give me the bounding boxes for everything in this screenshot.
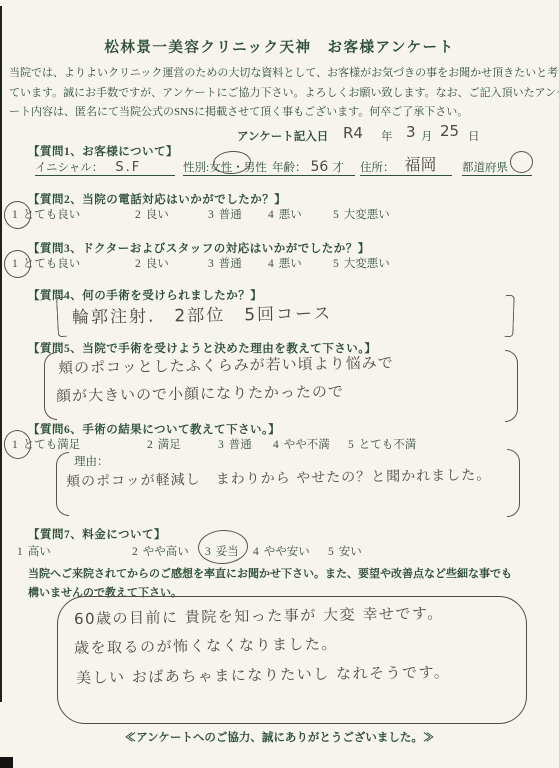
q6-option-5-label: とても不満 [359, 439, 417, 451]
q6-option-5: 5とても不満 [348, 436, 416, 452]
q2-option-1-label: とても良い [23, 209, 81, 221]
pen-circle-prefecture [510, 151, 533, 173]
q2-option-4-num: 4 [268, 209, 274, 221]
q3-option-3-label: 普通 [219, 258, 242, 270]
pen-circle-q7-answer [197, 529, 249, 566]
q2-option-2-label: 良い [146, 209, 169, 221]
q2-header: 【質問2、当院の電話対応はいかがでしたか？】 [28, 191, 286, 207]
q3-option-5-label: 大変悪い [344, 258, 390, 270]
q1-age-label: 年齢： [272, 159, 307, 175]
q6-reason-paren-right [507, 449, 520, 517]
q3-option-3-num: 3 [208, 258, 214, 270]
scan-corner-artifact [0, 757, 13, 768]
q1-initial-field: イニシャル： S.F [35, 155, 175, 176]
q7-option-1: 1高い [17, 543, 51, 559]
date-year-unit: 年 [381, 128, 393, 144]
q1-gender-label: 性別: [183, 159, 209, 175]
q1-address-field: 住所： 福岡 [360, 155, 452, 176]
q6-option-5-num: 5 [348, 439, 354, 451]
q2-option-3-num: 3 [208, 209, 214, 221]
q6-options-row: 1とても満足 2満足 3普通 4やや不満 5とても不満 [0, 436, 559, 452]
q3-header: 【質問3、ドクターおよびスタッフの対応はいかがでしたか？】 [28, 240, 370, 256]
q6-header: 【質問6、手術の結果について教えて下さい。】 [28, 421, 280, 437]
q6-option-3-label: 普通 [229, 439, 252, 451]
q2-options-row: 1とても良い 2良い 3普通 4悪い 5大変悪い [0, 206, 559, 222]
q7-option-4: 4やや安い [253, 543, 310, 559]
date-label: アンケート記入日 [237, 128, 328, 144]
q6-option-3-num: 3 [218, 439, 224, 451]
q7-option-2: 2やや高い [132, 543, 189, 559]
q1-initial-label: イニシャル： [35, 159, 103, 175]
q7-option-5-label: 安い [339, 546, 362, 558]
q2-option-4: 4悪い [268, 206, 302, 222]
q2-option-5: 5大変悪い [333, 206, 390, 222]
date-day-unit: 日 [468, 128, 480, 144]
comments-answer-line: 歳を取るのが怖くなくなりました。 [74, 633, 338, 658]
q3-option-4: 4悪い [268, 255, 302, 271]
q6-option-2-num: 2 [147, 439, 153, 451]
q6-reason-label: 理由： [74, 453, 109, 469]
intro-line: ています。誠にお手数ですが、アンケートにご協力下さい。よろしくお願い致します。な… [9, 84, 559, 104]
q7-option-5-num: 5 [328, 546, 334, 558]
date-day-value: 25 [440, 122, 459, 140]
date-year-value: R4 [343, 124, 363, 142]
q3-option-2-num: 2 [135, 258, 141, 270]
q5-answer-line: 頬のポコッとしたふくらみが若い頃より悩みで [58, 352, 394, 378]
q6-option-4-num: 4 [273, 439, 279, 451]
q2-option-3: 3普通 [208, 206, 242, 222]
q7-option-2-label: やや高い [143, 546, 189, 558]
q1-initial-value: S.F [115, 160, 141, 175]
q7-option-2-num: 2 [132, 546, 138, 558]
q6-reason-value: 頬のポコッが軽減し まわりから やせたの？と聞かれました。 [66, 464, 491, 491]
q1-address-value: 福岡 [405, 152, 437, 175]
q3-option-2: 2良い [135, 255, 169, 271]
q6-option-2: 2満足 [147, 436, 181, 452]
date-month-unit: 月 [421, 128, 433, 144]
q6-option-4-label: やや不満 [284, 439, 330, 451]
q2-option-2: 2良い [135, 206, 169, 222]
page-title: 松林景一美容クリニック天神 お客様アンケート [0, 36, 559, 57]
q7-option-4-num: 4 [253, 546, 259, 558]
q7-options-row: 1高い 2やや高い 3妥当 4やや安い 5安い [0, 543, 559, 559]
q2-option-2-num: 2 [135, 209, 141, 221]
q1-address-label: 住所： [360, 159, 395, 175]
q4-answer-value: 輪郭注射. 2部位 5回コース [72, 299, 333, 328]
intro-paragraph: 当院では、よりよいクリニック運営のための大切な資料として、お客様がお気づきの事を… [9, 64, 559, 123]
q6-option-4: 4やや不満 [273, 436, 330, 452]
q2-option-3-label: 普通 [219, 209, 242, 221]
footer-thanks: ≪アンケートへのご協力、誠にありがとうございました。≫ [0, 729, 559, 745]
q6-option-1-label: とても満足 [23, 439, 81, 451]
date-month-value: 3 [406, 123, 416, 141]
q7-option-5: 5安い [328, 543, 362, 559]
q1-pref-circled-char: 県 [497, 159, 509, 175]
q1-pref-prefix: 都道府 [462, 159, 497, 175]
q2-option-4-label: 悪い [279, 209, 302, 221]
q3-option-3: 3普通 [208, 255, 242, 271]
q7-header: 【質問7、料金について】 [28, 526, 166, 542]
q7-option-1-num: 1 [17, 546, 23, 558]
intro-line: ート内容は、匿名にて当院公式のSNSに掲載させて頂く事もございます。何卒ご了承下… [9, 103, 559, 123]
q2-option-5-num: 5 [333, 209, 339, 221]
q6-option-2-label: 満足 [158, 439, 181, 451]
q3-option-4-label: 悪い [279, 258, 302, 270]
q3-option-5: 5大変悪い [333, 255, 390, 271]
q3-options-row: 1とても良い 2良い 3普通 4悪い 5大変悪い [0, 255, 559, 271]
q7-option-4-label: やや安い [264, 546, 310, 558]
q1-age-field: 年齢： 56 才 [272, 155, 355, 176]
q2-option-5-label: 大変悪い [344, 209, 390, 221]
q3-option-4-num: 4 [268, 258, 274, 270]
q3-option-1-label: とても良い [23, 258, 81, 270]
q4-answer-bracket-right [504, 295, 514, 337]
q1-age-value: 56 [311, 159, 329, 175]
q1-age-unit: 才 [332, 159, 344, 175]
q5-answer-paren-right [505, 350, 518, 422]
scanned-survey-page: 松林景一美容クリニック天神 お客様アンケート 当院では、よりよいクリニック運営の… [0, 0, 559, 768]
intro-line: 当院では、よりよいクリニック運営のための大切な資料として、お客様がお気づきの事を… [9, 64, 559, 84]
scan-edge-artifact [0, 6, 2, 702]
q5-answer-line: 顔が大きいので小顔になりたかったので [56, 380, 344, 406]
comments-prompt-line: 当院へご来院されてからのご感想を率直にお聞かせ下さい。また、要望や改善点など些細… [28, 565, 512, 584]
q6-option-3: 3普通 [218, 436, 252, 452]
q7-option-1-label: 高い [28, 546, 51, 558]
q3-option-5-num: 5 [333, 258, 339, 270]
q3-option-2-label: 良い [146, 258, 169, 270]
